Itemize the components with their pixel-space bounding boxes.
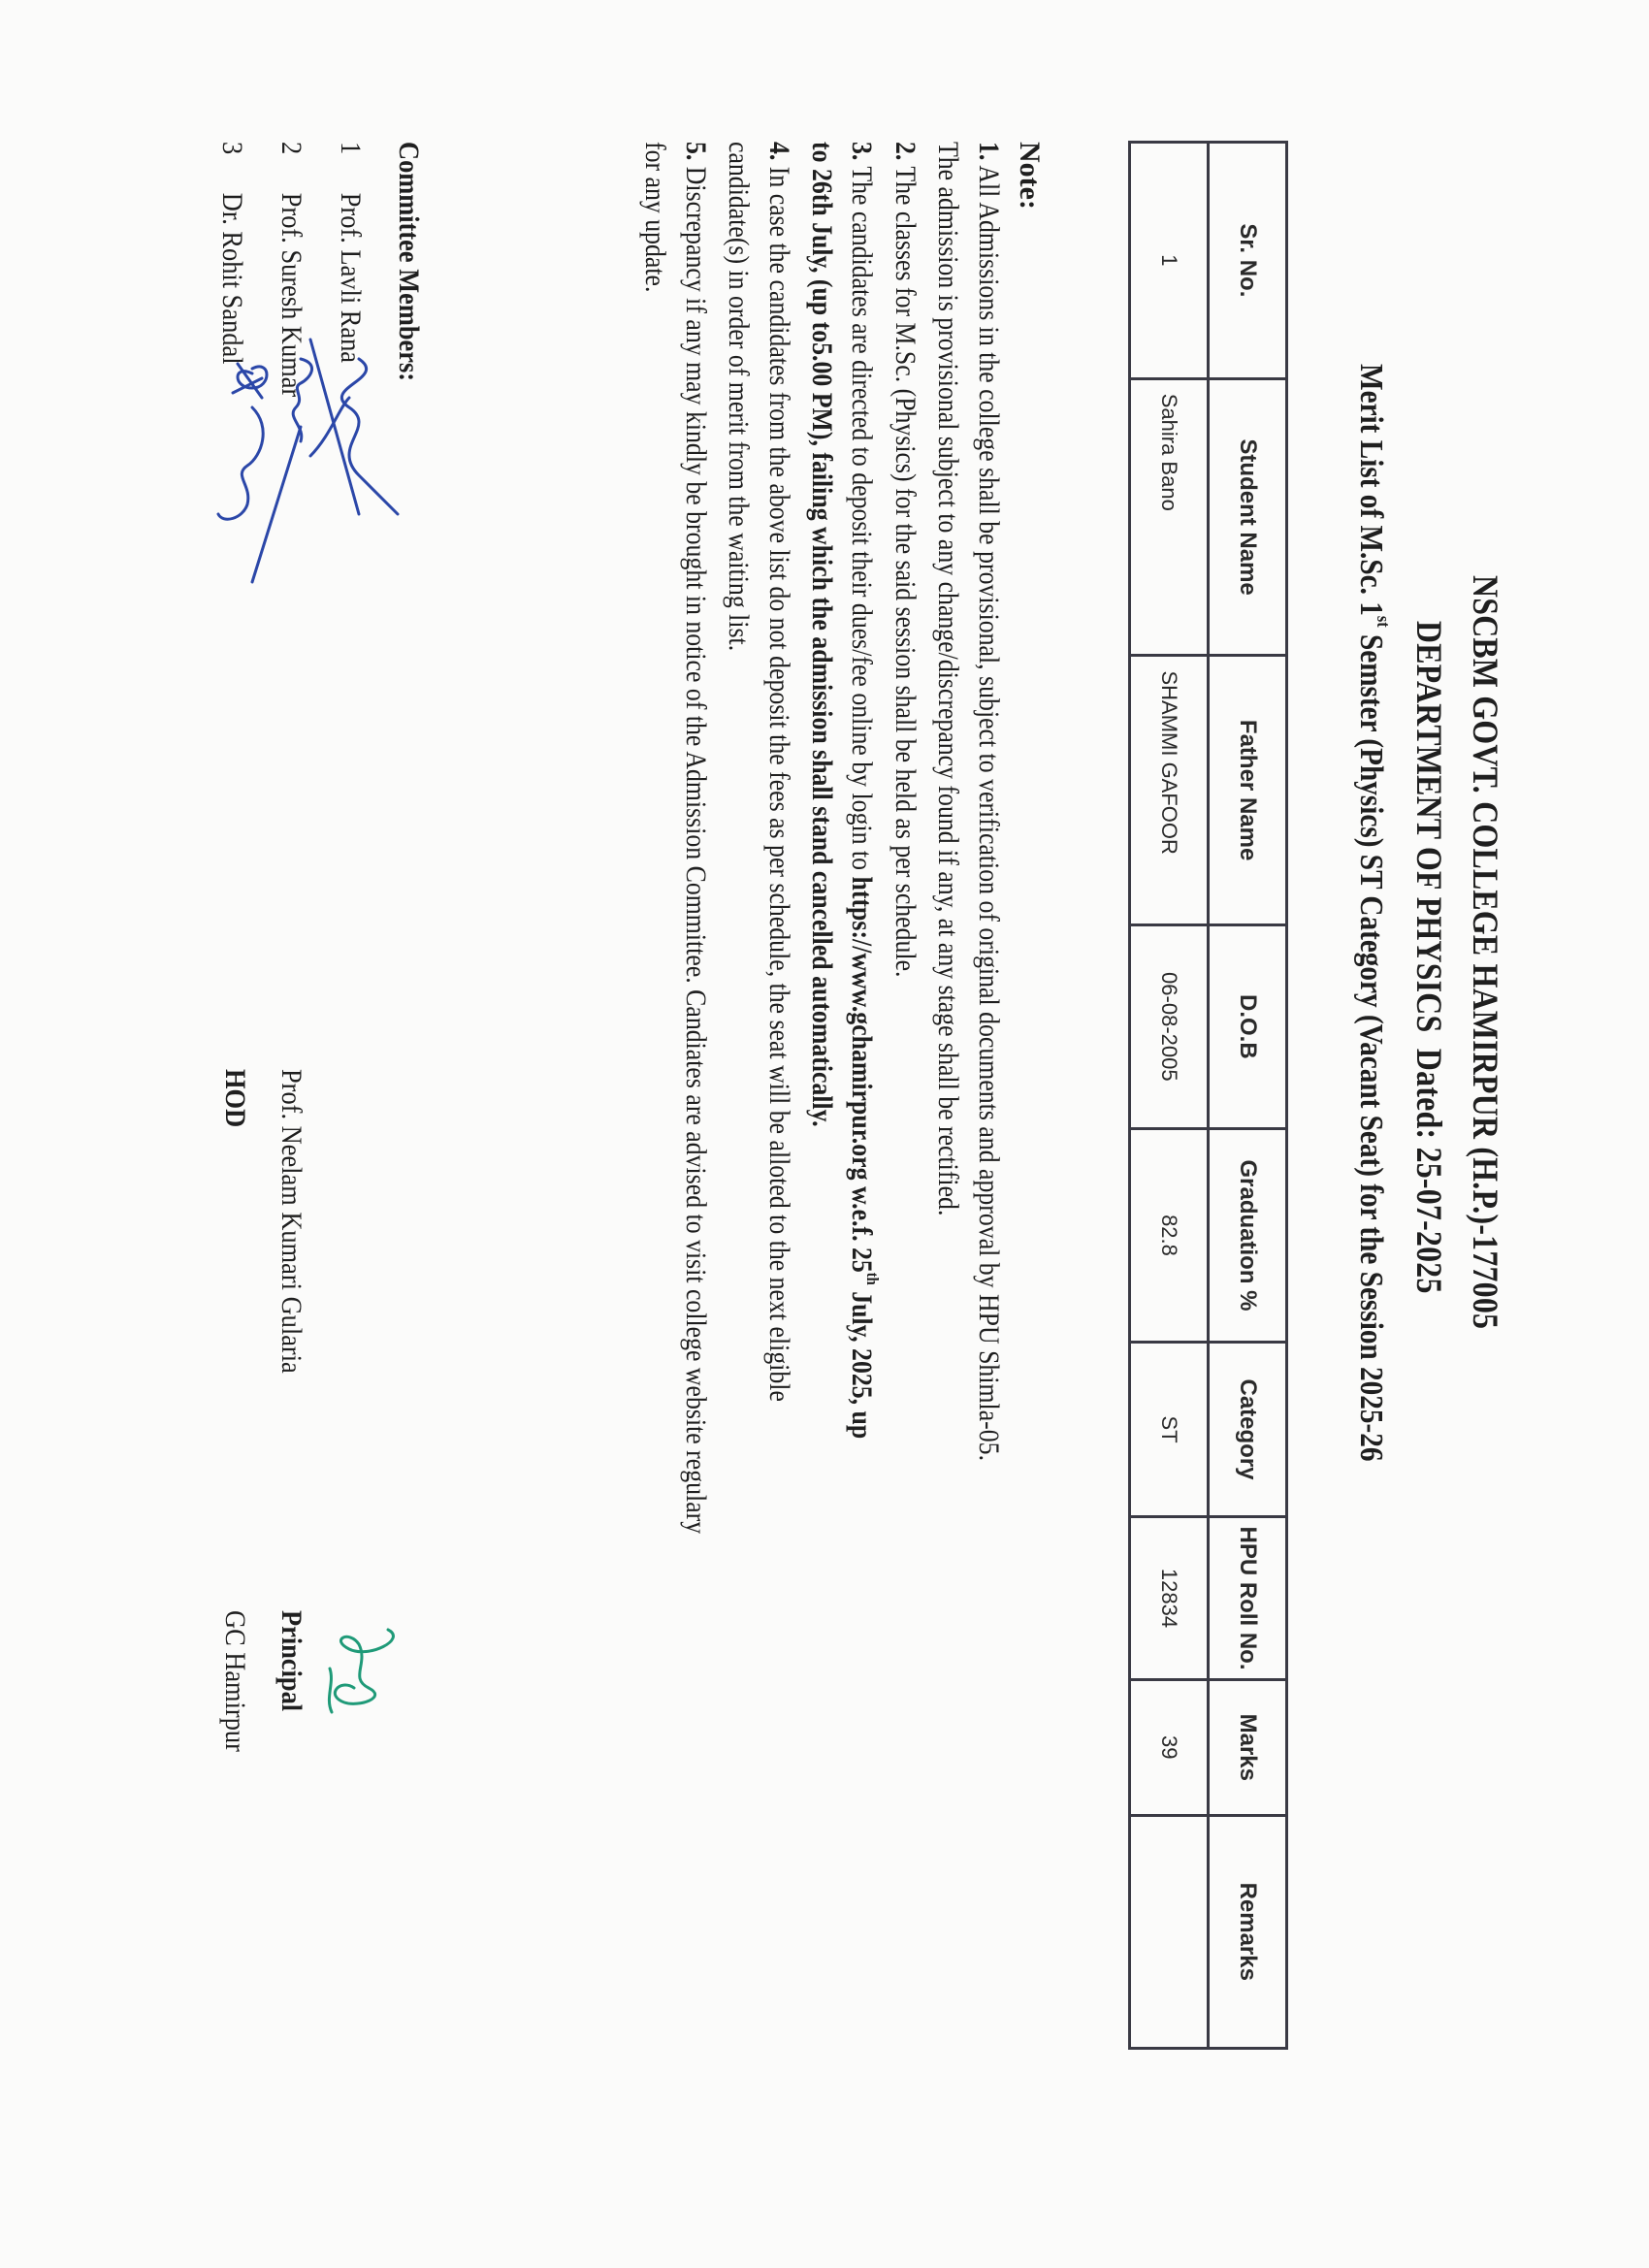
principal-signature bbox=[310, 1610, 417, 1727]
column-header: Father Name bbox=[1209, 656, 1287, 924]
principal-place: GC Hamirpur bbox=[218, 1610, 251, 1752]
table-header-row: Sr. No.Student NameFather NameD.O.BGradu… bbox=[1209, 143, 1287, 2049]
note-4: 4. In case the candidates from the above… bbox=[762, 142, 795, 1402]
column-header: HPU Roll No. bbox=[1209, 1516, 1287, 1679]
document-page: NSCBM GOVT. COLLEGE HAMIRPUR (H.P.)-1770… bbox=[0, 0, 1649, 2268]
note-4-cont: candidate(s) in order of merit from the … bbox=[722, 142, 755, 651]
note-5-cont: for any update. bbox=[638, 142, 671, 292]
cell-hpu-roll-no: 12834 bbox=[1130, 1516, 1209, 1679]
merit-list-title: Merit List of M.Sc. 1st Semster (Physics… bbox=[1352, 364, 1389, 1461]
table-row: 1 Sahira Bano SHAMMI GAFOOR 06-08-2005 8… bbox=[1130, 143, 1209, 2049]
dated: Dated: 25-07-2025 bbox=[1408, 1049, 1448, 1294]
column-header: Remarks bbox=[1209, 1815, 1287, 2048]
department-name: DEPARTMENT OF PHYSICS bbox=[1408, 621, 1448, 1032]
column-header: Student Name bbox=[1209, 378, 1287, 656]
cell-father-name: SHAMMI GAFOOR bbox=[1130, 656, 1209, 924]
hod-title: HOD bbox=[218, 1069, 251, 1127]
column-header: Category bbox=[1209, 1343, 1287, 1517]
college-title: NSCBM GOVT. COLLEGE HAMIRPUR (H.P.)-1770… bbox=[1464, 575, 1505, 1329]
note-1: 1. All Admissions in the college shall b… bbox=[972, 142, 1005, 1461]
note-5: 5. Discrepancy if any may kindly be brou… bbox=[679, 142, 712, 1534]
note-2: 2. The classes for M.Sc. (Physics) for t… bbox=[889, 142, 921, 977]
college-website-link[interactable]: https://www.gchamirpur.org bbox=[846, 877, 878, 1181]
cell-remarks bbox=[1130, 1815, 1209, 2048]
notes-heading: Note: bbox=[1013, 142, 1046, 210]
cell-student-name: Sahira Bano bbox=[1130, 378, 1209, 656]
cell-category: ST bbox=[1130, 1343, 1209, 1517]
merit-table: Sr. No.Student NameFather NameD.O.BGradu… bbox=[1128, 141, 1288, 2050]
column-header: D.O.B bbox=[1209, 924, 1287, 1128]
cell-marks: 39 bbox=[1130, 1680, 1209, 1816]
cell-dob: 06-08-2005 bbox=[1130, 924, 1209, 1128]
committee-signatures bbox=[194, 320, 417, 611]
hod-name: Prof. Neelam Kumari Gularia bbox=[275, 1069, 307, 1374]
note-3-cont: to 26th July, (up to5.00 PM), failing wh… bbox=[805, 142, 838, 1127]
column-header: Marks bbox=[1209, 1680, 1287, 1816]
column-header: Sr. No. bbox=[1209, 143, 1287, 379]
note-3: 3. The candidates are directed to deposi… bbox=[845, 142, 878, 1439]
cell-graduation-pct: 82.8 bbox=[1130, 1128, 1209, 1342]
principal-title: Principal bbox=[275, 1610, 307, 1711]
column-header: Graduation % bbox=[1209, 1128, 1287, 1342]
department-title: DEPARTMENT OF PHYSICS Dated: 25-07-2025 bbox=[1407, 621, 1449, 1294]
cell-sr-no: 1 bbox=[1130, 143, 1209, 379]
note-1-cont: The admission is provisional subject to … bbox=[931, 142, 964, 1215]
